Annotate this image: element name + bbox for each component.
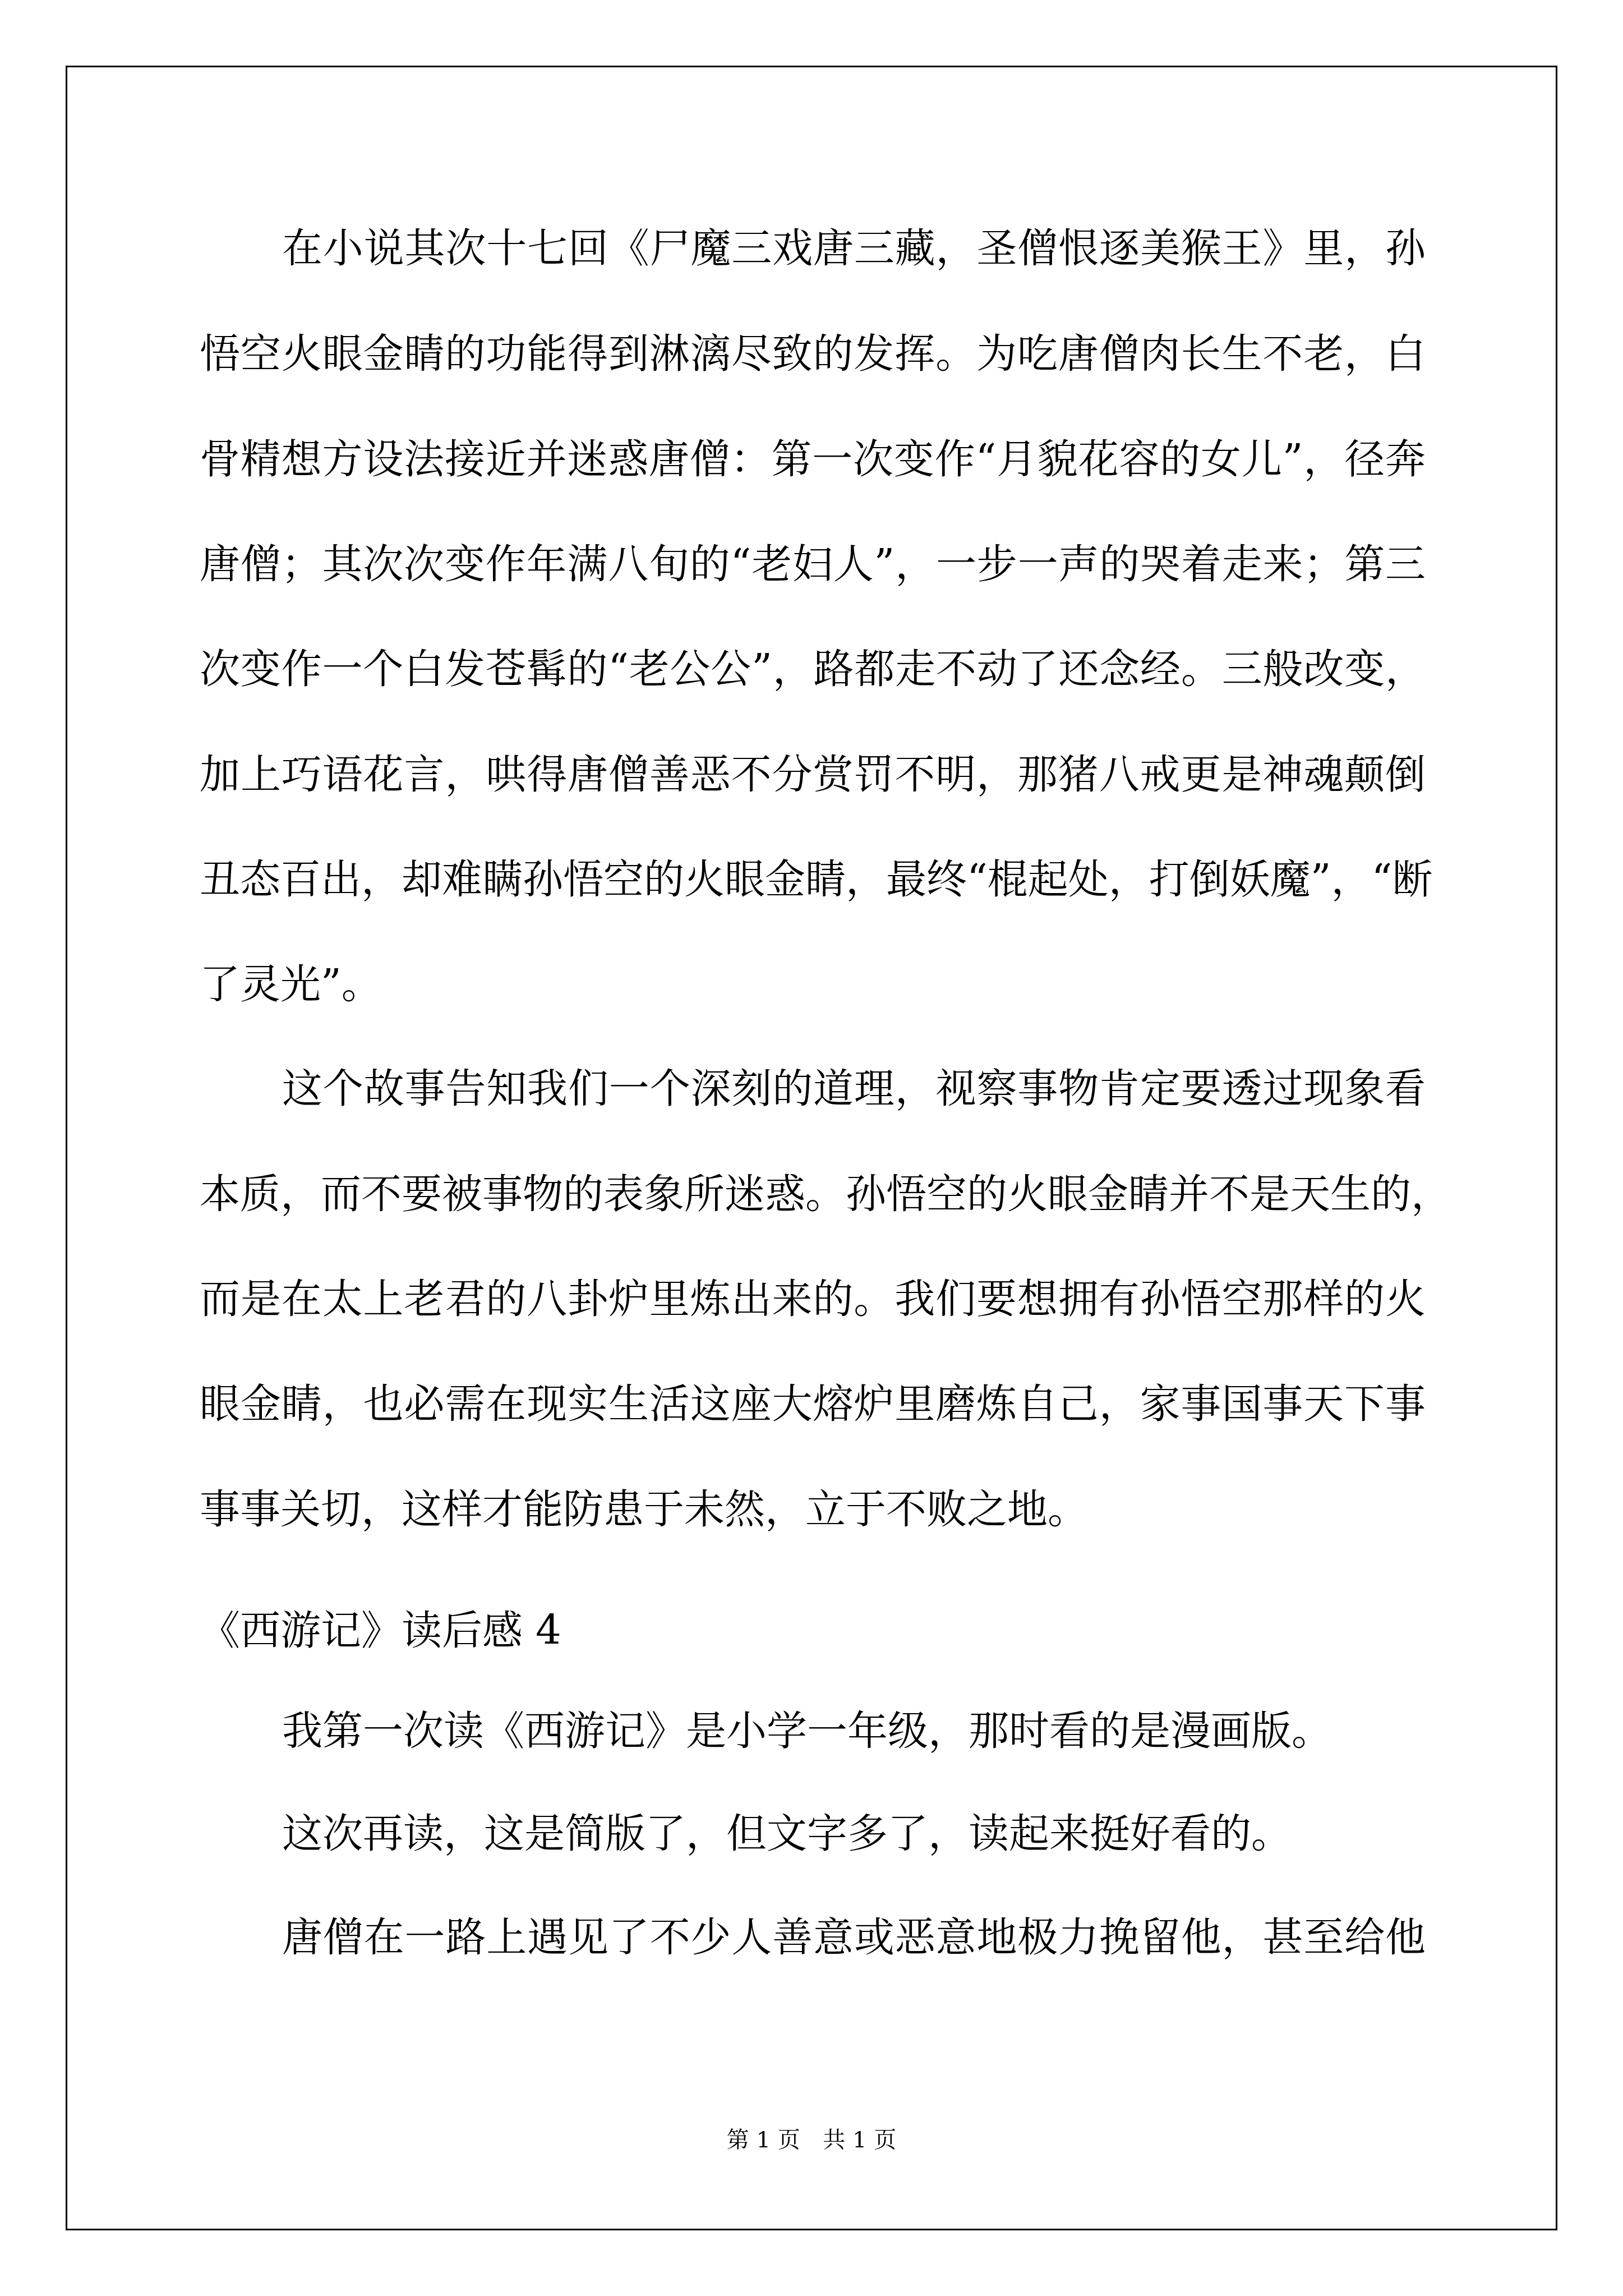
page-border: [66, 66, 1557, 2230]
paragraph-1-line-5: 次变作一个白发苍髯的“老公公”，路都走不动了还念经。三般改变，: [200, 646, 1426, 691]
paragraph-2-line-3: 而是在太上老君的八卦炉里炼出来的。我们要想拥有孙悟空那样的火: [200, 1276, 1426, 1321]
section-title: 《西游记》读后感 4: [200, 1608, 1426, 1653]
total-pages-indicator: 共 1 页: [823, 2127, 896, 2153]
paragraph-1-line-7: 丑态百出，却难瞒孙悟空的火眼金睛，最终“棍起处，打倒妖魔”，“断: [200, 857, 1426, 901]
section-paragraph-1: 我第一次读《西游记》是小学一年级，那时看的是漫画版。: [200, 1708, 1426, 1753]
paragraph-1-line-6: 加上巧语花言，哄得唐僧善恶不分赏罚不明，那猪八戒更是神魂颠倒: [200, 752, 1426, 797]
section-paragraph-3-line-1: 唐僧在一路上遇见了不少人善意或恶意地极力挽留他，甚至给他: [200, 1915, 1426, 1959]
paragraph-2-line-1: 这个故事告知我们一个深刻的道理，视察事物肯定要透过现象看: [200, 1066, 1426, 1111]
current-page-indicator: 第 1 页: [727, 2127, 800, 2153]
paragraph-1-line-4: 唐僧；其次次变作年满八旬的“老妇人”，一步一声的哭着走来；第三: [200, 541, 1426, 586]
paragraph-1-line-1: 在小说其次十七回《尸魔三戏唐三藏，圣僧恨逐美猴王》里，孙: [200, 226, 1426, 270]
section-paragraph-2: 这次再读，这是简版了，但文字多了，读起来挺好看的。: [200, 1811, 1426, 1856]
page-footer: 第 1 页 共 1 页: [0, 2126, 1623, 2154]
paragraph-2-line-4: 眼金睛，也必需在现实生活这座大熔炉里磨炼自己，家事国事天下事: [200, 1381, 1426, 1426]
paragraph-2-line-5: 事事关切，这样才能防患于未然，立于不败之地。: [200, 1487, 1426, 1531]
paragraph-1-line-2: 悟空火眼金睛的功能得到淋漓尽致的发挥。为吃唐僧肉长生不老，白: [200, 331, 1426, 376]
paragraph-1-line-3: 骨精想方设法接近并迷惑唐僧：第一次变作“月貌花容的女儿”，径奔: [200, 436, 1426, 481]
paragraph-1-line-8: 了灵光”。: [200, 961, 1426, 1006]
paragraph-2-line-2: 本质，而不要被事物的表象所迷惑。孙悟空的火眼金睛并不是天生的，: [200, 1171, 1426, 1216]
